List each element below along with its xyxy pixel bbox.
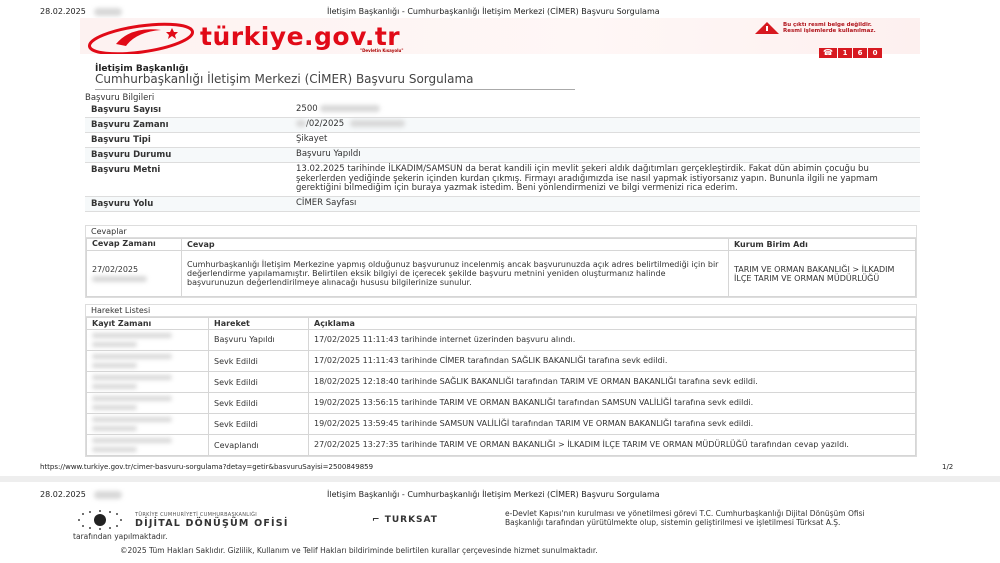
info-key: Başvuru Durumu bbox=[85, 148, 290, 163]
info-key: Başvuru Sayısı bbox=[85, 103, 290, 118]
print-url[interactable]: https://www.turkiye.gov.tr/cimer-basvuru… bbox=[40, 463, 373, 471]
print-date: 28.02.2025 bbox=[40, 7, 122, 16]
redacted-timestamp bbox=[87, 393, 209, 414]
answers-table: Cevap Zamanı Cevap Kurum Birim Adı 27/02… bbox=[86, 238, 916, 297]
application-info-section: Başvuru Bilgileri Başvuru Sayısı 2500 Ba… bbox=[85, 94, 920, 212]
table-row: Sevk Edildi 19/02/2025 13:56:15 tarihind… bbox=[87, 393, 916, 414]
turksat-logo: ⌐ TURKSAT bbox=[372, 515, 438, 525]
table-header-row: Cevap Zamanı Cevap Kurum Birim Adı bbox=[87, 239, 916, 251]
redacted-timestamp bbox=[87, 435, 209, 456]
info-key: Başvuru Tipi bbox=[85, 133, 290, 148]
table-row: Sevk Edildi 19/02/2025 13:59:45 tarihind… bbox=[87, 414, 916, 435]
redacted-timestamp bbox=[87, 372, 209, 393]
movement-action: Sevk Edildi bbox=[209, 351, 309, 372]
print-date-text: 28.02.2025 bbox=[40, 7, 86, 16]
info-value: 2500 bbox=[290, 103, 920, 118]
hotline-digit: 1 bbox=[838, 48, 852, 58]
redacted-time bbox=[94, 491, 122, 499]
info-row: Başvuru Zamanı /02/2025 bbox=[85, 118, 920, 133]
redacted-time bbox=[94, 8, 122, 16]
redacted-day bbox=[296, 120, 306, 127]
redacted-timestamp bbox=[87, 414, 209, 435]
ddo-logo: TÜRKİYE CUMHURİYETİ CUMHURBAŞKANLIĞI DİJ… bbox=[73, 510, 373, 530]
hotline-digit: 6 bbox=[853, 48, 867, 58]
section-label: Başvuru Bilgileri bbox=[85, 94, 920, 103]
movement-action: Başvuru Yapıldı bbox=[209, 330, 309, 351]
table-row: Cevaplandı 27/02/2025 13:27:35 tarihinde… bbox=[87, 435, 916, 456]
info-value: Başvuru Yapıldı bbox=[290, 148, 920, 163]
edevlet-info-tail: tarafından yapılmaktadır. bbox=[73, 532, 168, 541]
section-label: Hareket Listesi bbox=[86, 305, 916, 317]
info-key: Başvuru Metni bbox=[85, 163, 290, 197]
site-logo-tagline: "Devletin Kısayolu" bbox=[360, 48, 403, 53]
application-info-table: Başvuru Sayısı 2500 Başvuru Zamanı /02/2… bbox=[85, 103, 920, 212]
print-date-text: 28.02.2025 bbox=[40, 490, 86, 499]
answer-text: Cumhurbaşkanlığı İletişim Merkezine yapm… bbox=[182, 251, 729, 297]
info-row: Başvuru Tipi Şikayet bbox=[85, 133, 920, 148]
print-title: İletişim Başkanlığı - Cumhurbaşkanlığı İ… bbox=[327, 7, 660, 16]
site-banner: türkiye.gov.tr "Devletin Kısayolu" Bu çı… bbox=[80, 18, 920, 54]
print-title: İletişim Başkanlığı - Cumhurbaşkanlığı İ… bbox=[327, 490, 660, 499]
movement-action: Sevk Edildi bbox=[209, 393, 309, 414]
print-date: 28.02.2025 bbox=[40, 490, 122, 499]
answers-section: Cevaplar Cevap Zamanı Cevap Kurum Birim … bbox=[85, 225, 917, 298]
page-number: 1/2 bbox=[942, 463, 953, 471]
answer-date: 27/02/2025 bbox=[87, 251, 182, 297]
info-row: Başvuru Durumu Başvuru Yapıldı bbox=[85, 148, 920, 163]
redacted-number bbox=[320, 105, 380, 112]
table-row: Sevk Edildi 17/02/2025 11:11:43 tarihind… bbox=[87, 351, 916, 372]
turksat-icon: ⌐ bbox=[372, 515, 381, 525]
redacted-time bbox=[92, 276, 147, 282]
movements-table: Kayıt Zamanı Hareket Açıklama Başvuru Ya… bbox=[86, 317, 916, 456]
section-label: Cevaplar bbox=[86, 226, 916, 238]
column-header: Cevap Zamanı bbox=[87, 239, 182, 251]
redacted-time bbox=[350, 120, 405, 127]
hotline-digit: 0 bbox=[868, 48, 882, 58]
table-header-row: Kayıt Zamanı Hareket Açıklama bbox=[87, 318, 916, 330]
page-title: Cumhurbaşkanlığı İletişim Merkezi (CİMER… bbox=[95, 72, 575, 90]
copyright: ©2025 Tüm Hakları Saklıdır. Gizlilik, Ku… bbox=[120, 546, 598, 555]
info-row: Başvuru Yolu CİMER Sayfası bbox=[85, 196, 920, 211]
movement-action: Sevk Edildi bbox=[209, 372, 309, 393]
redacted-timestamp bbox=[87, 351, 209, 372]
ddo-big-text: DİJİTAL DÖNÜŞÜM OFİSİ bbox=[135, 518, 289, 529]
movement-action: Sevk Edildi bbox=[209, 414, 309, 435]
site-logo-text[interactable]: türkiye.gov.tr bbox=[200, 22, 400, 51]
answer-unit: TARIM VE ORMAN BAKANLIĞI > İLKADIM İLÇE … bbox=[729, 251, 916, 297]
column-header: Hareket bbox=[209, 318, 309, 330]
info-row: Başvuru Sayısı 2500 bbox=[85, 103, 920, 118]
info-key: Başvuru Yolu bbox=[85, 196, 290, 211]
info-key: Başvuru Zamanı bbox=[85, 118, 290, 133]
table-row: Başvuru Yapıldı 17/02/2025 11:11:43 tari… bbox=[87, 330, 916, 351]
info-row: Başvuru Metni 13.02.2025 tarihinde İLKAD… bbox=[85, 163, 920, 197]
warning-icon bbox=[755, 22, 779, 34]
table-row: Sevk Edildi 18/02/2025 12:18:40 tarihind… bbox=[87, 372, 916, 393]
hotline-badge: ☎160 bbox=[818, 40, 882, 50]
column-header: Cevap bbox=[182, 239, 729, 251]
ddo-emblem-icon bbox=[73, 510, 128, 530]
crescent-star-logo-icon bbox=[86, 20, 201, 54]
movement-action: Cevaplandı bbox=[209, 435, 309, 456]
answer-date-text: 27/02/2025 bbox=[92, 265, 176, 274]
info-value: Şikayet bbox=[290, 133, 920, 148]
movement-description: 27/02/2025 13:27:35 tarihinde TARIM VE O… bbox=[309, 435, 916, 456]
edevlet-info: e-Devlet Kapısı'nın kurulması ve yönetil… bbox=[505, 509, 905, 527]
info-value: /02/2025 bbox=[290, 118, 920, 133]
info-value: CİMER Sayfası bbox=[290, 196, 920, 211]
movement-description: 19/02/2025 13:59:45 tarihinde SAMSUN VAL… bbox=[309, 414, 916, 435]
page-separator bbox=[0, 476, 1000, 482]
column-header: Kurum Birim Adı bbox=[729, 239, 916, 251]
column-header: Kayıt Zamanı bbox=[87, 318, 209, 330]
movement-description: 17/02/2025 11:11:43 tarihinde CİMER tara… bbox=[309, 351, 916, 372]
movement-description: 19/02/2025 13:56:15 tarihinde TARIM VE O… bbox=[309, 393, 916, 414]
warning-line-2: Resmi işlemlerde kullanılmaz. bbox=[783, 28, 923, 34]
movement-description: 18/02/2025 12:18:40 tarihinde SAĞLIK BAK… bbox=[309, 372, 916, 393]
movement-description: 17/02/2025 11:11:43 tarihinde internet ü… bbox=[309, 330, 916, 351]
application-text: 13.02.2025 tarihinde İLKADIM/SAMSUN da b… bbox=[290, 163, 920, 197]
turksat-text: TURKSAT bbox=[385, 515, 438, 525]
redacted-timestamp bbox=[87, 330, 209, 351]
phone-icon: ☎ bbox=[819, 48, 837, 58]
table-row: 27/02/2025 Cumhurbaşkanlığı İletişim Mer… bbox=[87, 251, 916, 297]
movements-section: Hareket Listesi Kayıt Zamanı Hareket Açı… bbox=[85, 304, 917, 457]
column-header: Açıklama bbox=[309, 318, 916, 330]
